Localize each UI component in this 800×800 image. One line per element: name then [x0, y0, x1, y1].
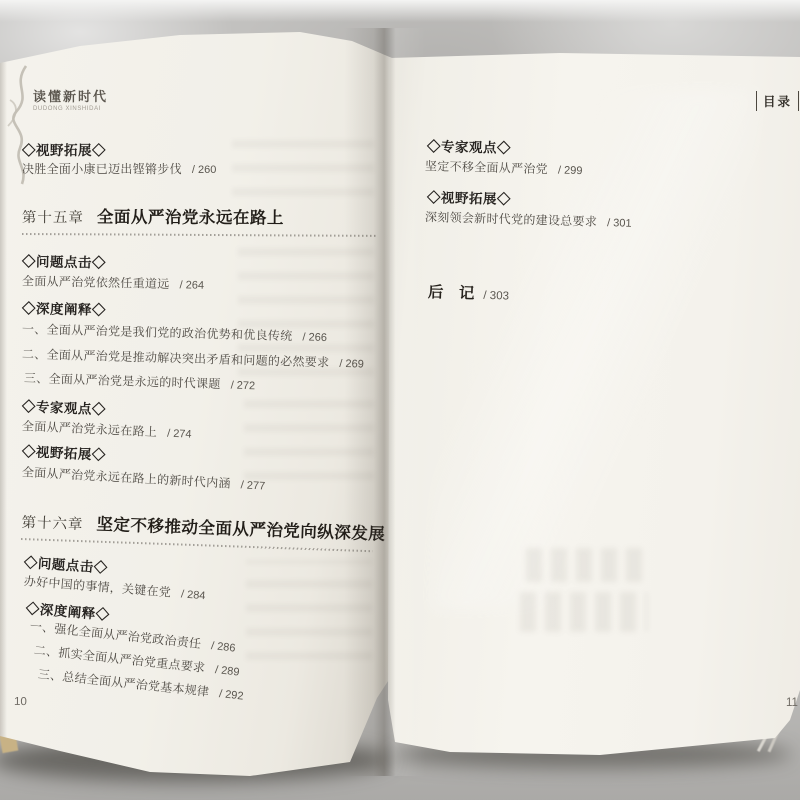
- section-heading: ◇专家观点◇: [427, 135, 511, 157]
- toc-entry-page: / 274: [167, 428, 192, 441]
- toc-entry: 决胜全面小康已迈出铿锵步伐/ 260: [22, 160, 216, 177]
- toc-entry-page: / 266: [302, 331, 327, 344]
- chapter-15-title: 第十五章全面从严治党永远在路上: [22, 203, 378, 237]
- chapter-title: 坚定不移推动全面从严治党向纵深发展: [96, 516, 385, 544]
- chapter-number: 第十五章: [22, 210, 84, 226]
- brand-subtitle: DUDONG XINSHIDAI: [33, 106, 108, 112]
- toc-entry-page: / 299: [558, 164, 583, 177]
- toc-entry-text: 决胜全面小康已迈出铿锵步伐: [22, 162, 182, 176]
- toc-entry-page: / 260: [192, 164, 216, 176]
- chapter-title: 全面从严治党永远在路上: [97, 208, 284, 227]
- brand-title: 读懂新时代: [33, 86, 108, 105]
- chapter-number: 第十六章: [21, 515, 84, 533]
- toc-entry-page: / 277: [240, 479, 265, 492]
- toc-entry-page: / 286: [210, 640, 236, 654]
- postscript-entry: 后 记/ 303: [428, 280, 510, 305]
- show-through-ghost: [520, 592, 648, 632]
- toc-entry-page: / 289: [214, 664, 240, 678]
- toc-entry-text: 全面从严治党依然任重道远: [22, 274, 170, 291]
- folio-right: 11: [786, 697, 798, 709]
- section-heading: ◇问题点击◇: [22, 250, 106, 271]
- postscript-label: 后 记: [428, 284, 475, 302]
- section-heading: ◇专家观点◇: [22, 395, 107, 418]
- section-heading: ◇视野拓展◇: [22, 139, 106, 159]
- postscript-page: / 303: [483, 290, 509, 303]
- section-heading: ◇深度阐释◇: [22, 297, 106, 319]
- book-brand: 读懂新时代 DUDONG XINSHIDAI: [33, 86, 108, 112]
- toc-entry-page: / 264: [179, 279, 204, 292]
- page-header-toc: 目录: [756, 91, 799, 111]
- toc-entry-page: / 284: [181, 588, 206, 602]
- page-header-label: 目录: [763, 95, 792, 109]
- book-gutter-shadow: [344, 28, 426, 776]
- folio-left: 10: [14, 696, 27, 708]
- book-photo: 读懂新时代 DUDONG XINSHIDAI ◇视野拓展◇ 决胜全面小康已迈出铿…: [0, 0, 800, 800]
- show-through-ghost: [526, 548, 642, 582]
- section-heading: ◇视野拓展◇: [22, 440, 107, 464]
- toc-entry-page: / 301: [607, 217, 632, 230]
- toc-entry-page: / 272: [230, 379, 255, 392]
- section-heading: ◇视野拓展◇: [427, 186, 511, 208]
- toc-entry-text: 坚定不移全面从严治党: [425, 159, 548, 176]
- toc-entry-page: / 292: [218, 688, 244, 702]
